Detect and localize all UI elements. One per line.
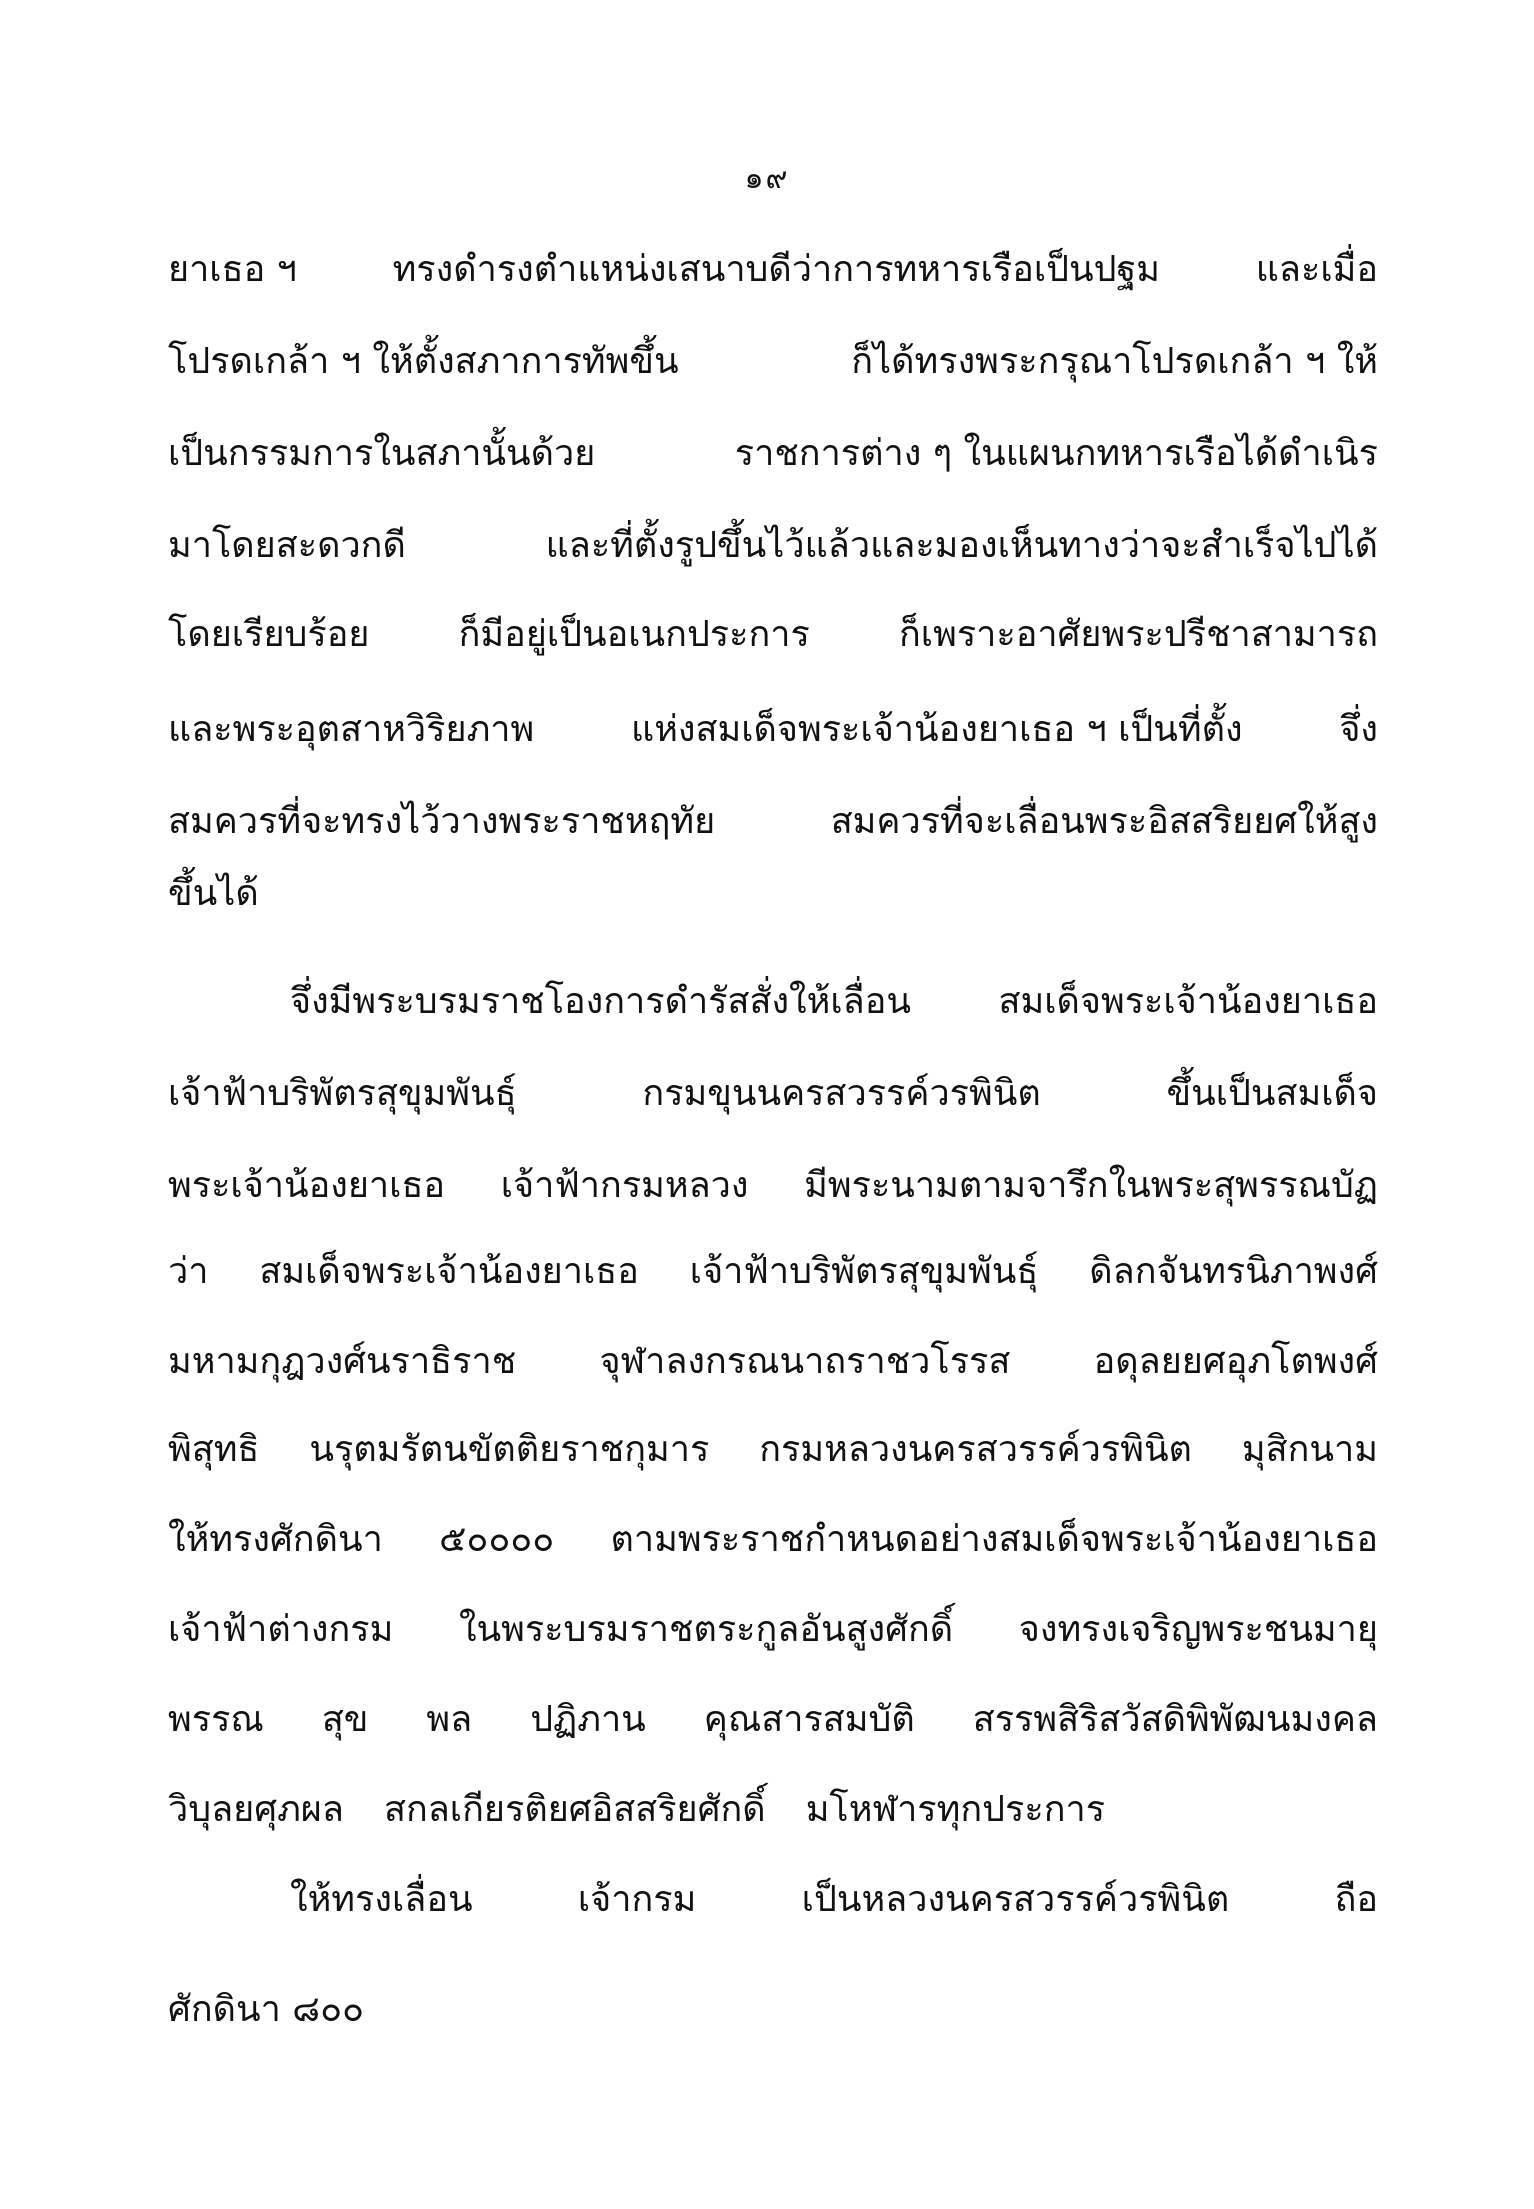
text-segment: มีพระนามตามจารึกในพระสุพรรณบัฏ	[804, 1164, 1378, 1208]
text-segment: ทรงดำรงตำแหน่งเสนาบดีว่าการทหารเรือเป็นป…	[393, 248, 1160, 292]
text-line: พรรณ สุข พล ปฏิภาน คุณสารสมบัติ สรรพสิริ…	[168, 1698, 1378, 1742]
text-segment: ปฏิภาน	[530, 1698, 646, 1742]
text-segment: สุข	[322, 1698, 369, 1742]
text-line: ยาเธอ ฯ ทรงดำรงตำแหน่งเสนาบดีว่าการทหารเ…	[168, 248, 1378, 292]
text-segment: ศักดินา ๘๐๐	[168, 1988, 364, 2032]
text-segment: ราชการต่าง ๆ ในแผนกทหารเรือได้ดำเนิร	[735, 432, 1378, 476]
text-segment: ถือ	[1335, 1878, 1378, 1922]
page-number: ๑๙	[0, 155, 1534, 202]
text-segment: คุณสารสมบัติ	[704, 1698, 915, 1742]
text-line: โปรดเกล้า ฯ ให้ตั้งสภาการทัพขึ้น ก็ได้ทร…	[168, 340, 1378, 384]
text-segment: สมควรที่จะทรงไว้วางพระราชหฤทัย	[168, 800, 715, 844]
text-segment: ก็มีอยู่เป็นอเนกประการ	[459, 613, 810, 657]
text-segment: ตามพระราชกำหนดอย่างสมเด็จพระเจ้าน้องยาเธ…	[611, 1518, 1378, 1562]
text-line: โดยเรียบร้อย ก็มีอยู่เป็นอเนกประการ ก็เพ…	[168, 613, 1378, 657]
text-segment: นรุตมรัตนขัตติยราชกุมาร	[309, 1428, 709, 1472]
text-segment: และที่ตั้งรูปขึ้นไว้แล้วและมองเห็นทางว่า…	[546, 524, 1378, 568]
text-segment: และพระอุตสาหวิริยภาพ	[168, 708, 534, 752]
text-line: มหามกุฎวงศ์นราธิราช จุฬาลงกรณนาถราชวโรรส…	[168, 1340, 1378, 1384]
text-line: พระเจ้าน้องยาเธอ เจ้าฟ้ากรมหลวง มีพระนาม…	[168, 1164, 1378, 1208]
text-segment: ก็ได้ทรงพระกรุณาโปรดเกล้า ฯ ให้	[851, 340, 1378, 384]
text-line: เจ้าฟ้าบริพัตรสุขุมพันธุ์ กรมขุนนครสวรรค…	[168, 1072, 1378, 1116]
text-segment: สกลเกียรติยศอิสสริยศักดิ์	[384, 1788, 766, 1832]
text-segment: ก็เพราะอาศัยพระปรีชาสามารถ	[899, 613, 1378, 657]
text-line: ให้ทรงศักดินา ๕๐๐๐๐ ตามพระราชกำหนดอย่างส…	[168, 1518, 1378, 1562]
text-segment: และเมื่อ	[1256, 248, 1378, 292]
text-segment: โดยเรียบร้อย	[168, 613, 369, 657]
text-line: พิสุทธิ นรุตมรัตนขัตติยราชกุมาร กรมหลวงน…	[168, 1428, 1378, 1472]
text-line: ศักดินา ๘๐๐	[168, 1988, 1378, 2032]
text-segment: กรมขุนนครสวรรค์วรพินิต	[642, 1072, 1040, 1116]
text-segment: สมควรที่จะเลื่อนพระอิสสริยยศให้สูง	[831, 800, 1378, 844]
document-page: ๑๙ ยาเธอ ฯ ทรงดำรงตำแหน่งเสนาบดีว่าการทห…	[0, 0, 1534, 2209]
text-line: เป็นกรรมการในสภานั้นด้วย ราชการต่าง ๆ ใน…	[168, 432, 1378, 476]
text-segment: พล	[426, 1698, 472, 1742]
text-segment: พระเจ้าน้องยาเธอ	[168, 1164, 445, 1208]
text-segment: จงทรงเจริญพระชนมายุ	[1019, 1608, 1378, 1652]
text-segment: มาโดยสะดวกดี	[168, 524, 406, 568]
text-segment: สมเด็จพระเจ้าน้องยาเธอ	[259, 1250, 639, 1294]
text-segment: วิบุลยศุภผล	[168, 1788, 344, 1832]
text-segment: เจ้าฟ้าบริพัตรสุขุมพันธุ์	[690, 1250, 1039, 1294]
text-segment: ว่า	[168, 1250, 208, 1294]
text-segment: จึ่งมีพระบรมราชโองการดำรัสสั่งให้เลื่อน	[290, 980, 911, 1024]
text-segment: จึ่ง	[1339, 708, 1378, 752]
text-segment: โปรดเกล้า ฯ ให้ตั้งสภาการทัพขึ้น	[168, 340, 679, 384]
text-segment: จุฬาลงกรณนาถราชวโรรส	[599, 1340, 1010, 1384]
text-segment: เป็นกรรมการในสภานั้นด้วย	[168, 432, 595, 476]
text-segment: ยาเธอ ฯ	[168, 248, 297, 292]
text-segment: พรรณ	[168, 1698, 264, 1742]
text-line: วิบุลยศุภผล สกลเกียรติยศอิสสริยศักดิ์ มโ…	[168, 1788, 1378, 1832]
text-segment: ในพระบรมราชตระกูลอันสูงศักดิ์	[459, 1608, 953, 1652]
text-segment: สรรพสิริสวัสดิพิพัฒนมงคล	[973, 1698, 1378, 1742]
text-segment: สมเด็จพระเจ้าน้องยาเธอ	[998, 980, 1378, 1024]
text-segment: ดิลกจันทรนิภาพงศ์	[1089, 1250, 1378, 1294]
text-line: ขึ้นได้	[168, 872, 1378, 916]
text-segment: เจ้ากรม	[578, 1878, 696, 1922]
text-line: สมควรที่จะทรงไว้วางพระราชหฤทัย สมควรที่จ…	[168, 800, 1378, 844]
text-segment: แห่งสมเด็จพระเจ้าน้องยาเธอ ฯ เป็นที่ตั้ง	[631, 708, 1243, 752]
text-segment: พิสุทธิ	[168, 1428, 259, 1472]
text-segment: อดุลยยศอุภโตพงศ์	[1094, 1340, 1378, 1384]
text-segment: ให้ทรงศักดินา	[168, 1518, 383, 1562]
text-line: มาโดยสะดวกดี และที่ตั้งรูปขึ้นไว้แล้วและ…	[168, 524, 1378, 568]
text-line: ว่า สมเด็จพระเจ้าน้องยาเธอ เจ้าฟ้าบริพัต…	[168, 1250, 1378, 1294]
text-line: จึ่งมีพระบรมราชโองการดำรัสสั่งให้เลื่อน …	[290, 980, 1378, 1024]
text-segment: ขึ้นเป็นสมเด็จ	[1167, 1072, 1378, 1116]
text-line: และพระอุตสาหวิริยภาพ แห่งสมเด็จพระเจ้าน้…	[168, 708, 1378, 752]
text-segment: เป็นหลวงนครสวรรค์วรพินิต	[802, 1878, 1230, 1922]
text-segment: ๕๐๐๐๐	[439, 1518, 554, 1562]
text-segment: มโหฬารทุกประการ	[806, 1788, 1105, 1832]
text-segment: มุสิกนาม	[1242, 1428, 1378, 1472]
text-segment: ขึ้นได้	[168, 872, 259, 916]
text-segment: ให้ทรงเลื่อน	[290, 1878, 473, 1922]
text-segment: เจ้าฟ้ากรมหลวง	[501, 1164, 749, 1208]
text-line: ให้ทรงเลื่อน เจ้ากรม เป็นหลวงนครสวรรค์วร…	[290, 1878, 1378, 1922]
text-segment: กรมหลวงนครสวรรค์วรพินิต	[759, 1428, 1192, 1472]
text-segment: เจ้าฟ้าต่างกรม	[168, 1608, 393, 1652]
text-segment: มหามกุฎวงศ์นราธิราช	[168, 1340, 516, 1384]
text-segment: เจ้าฟ้าบริพัตรสุขุมพันธุ์	[168, 1072, 517, 1116]
text-line: เจ้าฟ้าต่างกรม ในพระบรมราชตระกูลอันสูงศั…	[168, 1608, 1378, 1652]
